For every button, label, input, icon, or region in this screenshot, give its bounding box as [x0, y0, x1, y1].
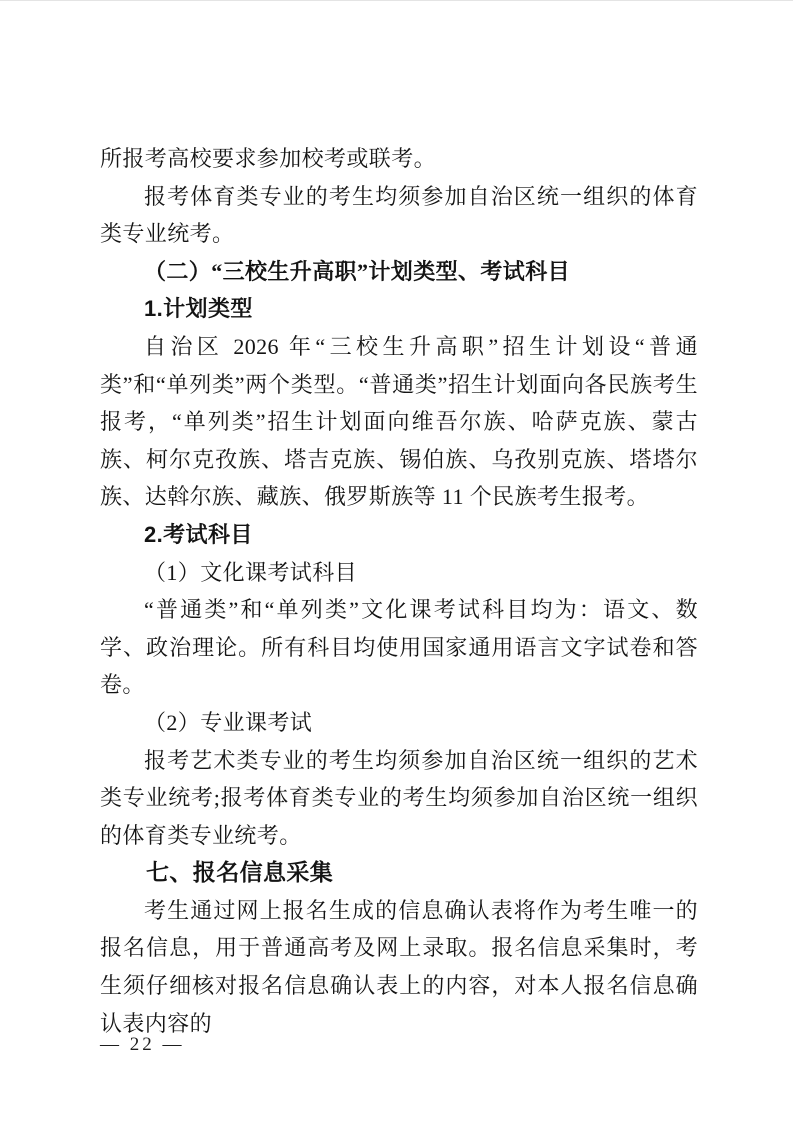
- paragraph: 自治区 2026 年“三校生升高职”招生计划设“普通类”和“单列类”两个类型。“…: [100, 328, 698, 516]
- section-heading: 1.计划类型: [100, 290, 698, 328]
- paragraph: 考生通过网上报名生成的信息确认表将作为考生唯一的报名信息，用于普通高考及网上录取…: [100, 892, 698, 1042]
- document-page: 所报考高校要求参加校考或联考。报考体育类专业的考生均须参加自治区统一组织的体育类…: [0, 0, 793, 1123]
- document-body: 所报考高校要求参加校考或联考。报考体育类专业的考生均须参加自治区统一组织的体育类…: [100, 140, 698, 1042]
- paragraph: 报考体育类专业的考生均须参加自治区统一组织的体育类专业统考。: [100, 178, 698, 253]
- section-heading: 七、报名信息采集: [100, 854, 698, 892]
- paragraph: 所报考高校要求参加校考或联考。: [100, 140, 698, 178]
- paragraph: 报考艺术类专业的考生均须参加自治区统一组织的艺术类专业统考;报考体育类专业的考生…: [100, 742, 698, 855]
- paragraph: （1）文化课考试科目: [100, 554, 698, 592]
- paragraph: “普通类”和“单列类”文化课考试科目均为：语文、数学、政治理论。所有科目均使用国…: [100, 591, 698, 704]
- section-heading: 2.考试科目: [100, 516, 698, 554]
- page-number: — 22 —: [100, 1034, 185, 1056]
- paragraph: （2）专业课考试: [100, 704, 698, 742]
- section-heading: （二）“三校生升高职”计划类型、考试科目: [100, 253, 698, 291]
